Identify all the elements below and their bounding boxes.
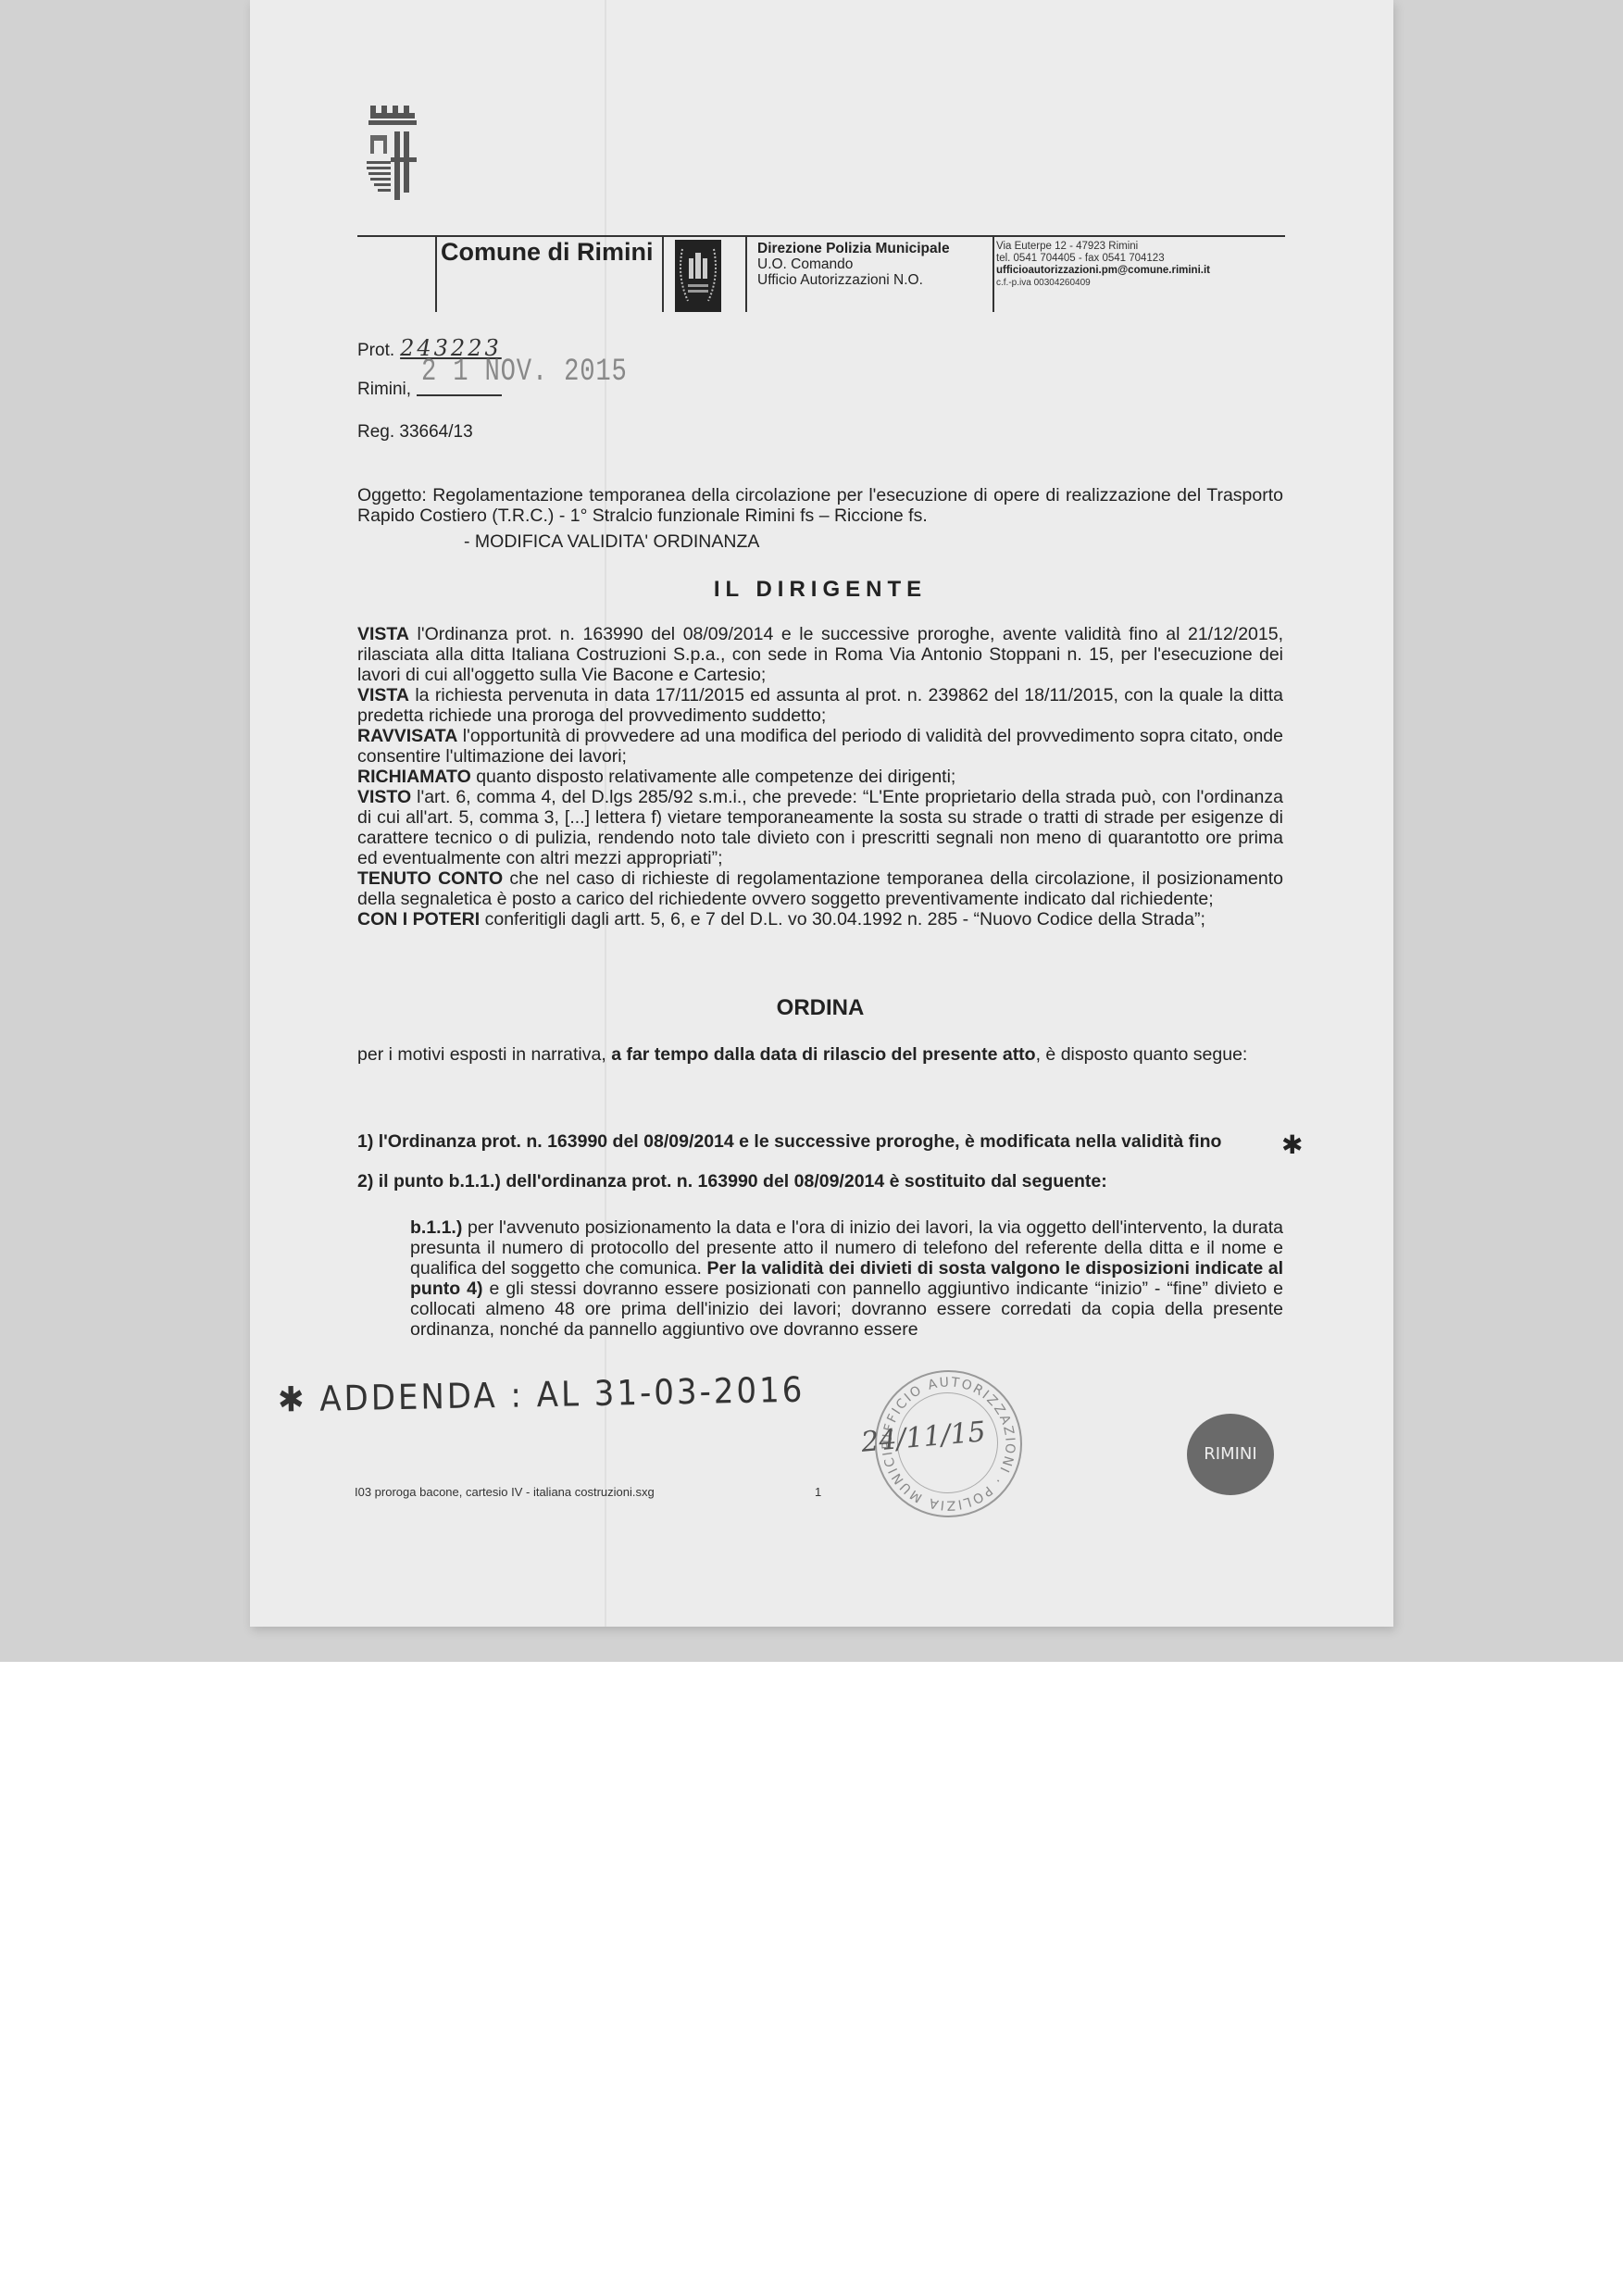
premise-text: l'opportunità di provvedere ad una modif…: [357, 726, 1283, 767]
order-item-1: 1) l'Ordinanza prot. n. 163990 del 08/09…: [357, 1131, 1302, 1153]
b11-text: e gli stessi dovranno essere posizionati…: [410, 1279, 1283, 1340]
rimini-logo-badge: RIMINI: [1187, 1414, 1274, 1495]
department-line: Ufficio Autorizzazioni N.O.: [757, 272, 950, 288]
asterisk-mark-icon: ✱: [1281, 1129, 1303, 1160]
premise-lead: VISTO: [357, 787, 411, 807]
protocol-label: Prot.: [357, 341, 394, 360]
intro-bold: a far tempo dalla data di rilascio del p…: [611, 1044, 1035, 1065]
intro-text: per i motivi esposti in narrativa,: [357, 1044, 611, 1065]
point-b11: b.1.1.) per l'avvenuto posizionamento la…: [410, 1217, 1283, 1340]
vat-number: c.f.-p.iva 00304260409: [996, 277, 1210, 289]
header-divider: [993, 236, 994, 312]
order-item-2: 2) il punto b.1.1.) dell'ordinanza prot.…: [357, 1171, 1302, 1192]
footer-filename: I03 proroga bacone, cartesio IV - italia…: [355, 1485, 655, 1499]
premise-text: quanto disposto relativamente alle compe…: [471, 767, 956, 787]
header-divider: [662, 236, 664, 312]
premise-paragraph: TENUTO CONTO che nel caso di richieste d…: [357, 868, 1283, 909]
polizia-municipale-emblem-icon: [675, 240, 721, 312]
premise-paragraph: VISTA la richiesta pervenuta in data 17/…: [357, 685, 1283, 726]
ordina-intro: per i motivi esposti in narrativa, a far…: [357, 1044, 1283, 1065]
municipality-name: Comune di Rimini: [441, 238, 654, 267]
premise-paragraph: RICHIAMATO quanto disposto relativamente…: [357, 767, 1283, 787]
subject-modification: - MODIFICA VALIDITA' ORDINANZA: [464, 531, 759, 553]
phone: tel. 0541 704405 - fax 0541 704123: [996, 253, 1210, 265]
premise-lead: CON I POTERI: [357, 909, 480, 930]
premise-paragraph: CON I POTERI conferitigli dagli artt. 5,…: [357, 909, 1283, 930]
premise-text: la richiesta pervenuta in data 17/11/201…: [357, 685, 1283, 726]
email-link[interactable]: ufficioautorizzazioni.pm@comune.rimini.i…: [996, 265, 1210, 277]
intro-text: , è disposto quanto segue:: [1036, 1044, 1248, 1065]
contact-block: Via Euterpe 12 - 47923 Rimini tel. 0541 …: [996, 241, 1210, 289]
premise-lead: VISTA: [357, 685, 409, 705]
premise-text: l'art. 6, comma 4, del D.lgs 285/92 s.m.…: [357, 787, 1283, 868]
page-number: 1: [815, 1485, 821, 1499]
premise-paragraph: RAVVISATA l'opportunità di provvedere ad…: [357, 726, 1283, 767]
place-label: Rimini,: [357, 380, 411, 399]
header-rule: [357, 235, 1285, 237]
premises: VISTA l'Ordinanza prot. n. 163990 del 08…: [357, 624, 1283, 930]
premise-lead: VISTA: [357, 624, 409, 644]
ordina-heading: ORDINA: [357, 995, 1283, 1021]
premise-text: conferitigli dagli artt. 5, 6, e 7 del D…: [480, 909, 1205, 930]
premise-paragraph: VISTA l'Ordinanza prot. n. 163990 del 08…: [357, 624, 1283, 685]
place-date-line: Rimini,: [357, 380, 502, 400]
department-line: U.O. Comando: [757, 256, 950, 272]
dirigente-heading: IL DIRIGENTE: [357, 577, 1283, 603]
premise-lead: RICHIAMATO: [357, 767, 471, 787]
premise-lead: TENUTO CONTO: [357, 868, 503, 889]
rimini-coat-of-arms-icon: [363, 104, 422, 204]
department-line: Direzione Polizia Municipale: [757, 241, 950, 256]
header-divider: [745, 236, 747, 312]
header-divider: [435, 236, 437, 312]
department-block: Direzione Polizia Municipale U.O. Comand…: [757, 241, 950, 288]
premise-text: l'Ordinanza prot. n. 163990 del 08/09/20…: [357, 624, 1283, 685]
subject: Oggetto: Regolamentazione temporanea del…: [357, 485, 1283, 526]
register-number: Reg. 33664/13: [357, 422, 473, 443]
premise-paragraph: VISTO l'art. 6, comma 4, del D.lgs 285/9…: [357, 787, 1283, 868]
premise-lead: RAVVISATA: [357, 726, 457, 746]
b11-lead: b.1.1.): [410, 1217, 462, 1238]
address: Via Euterpe 12 - 47923 Rimini: [996, 241, 1210, 253]
